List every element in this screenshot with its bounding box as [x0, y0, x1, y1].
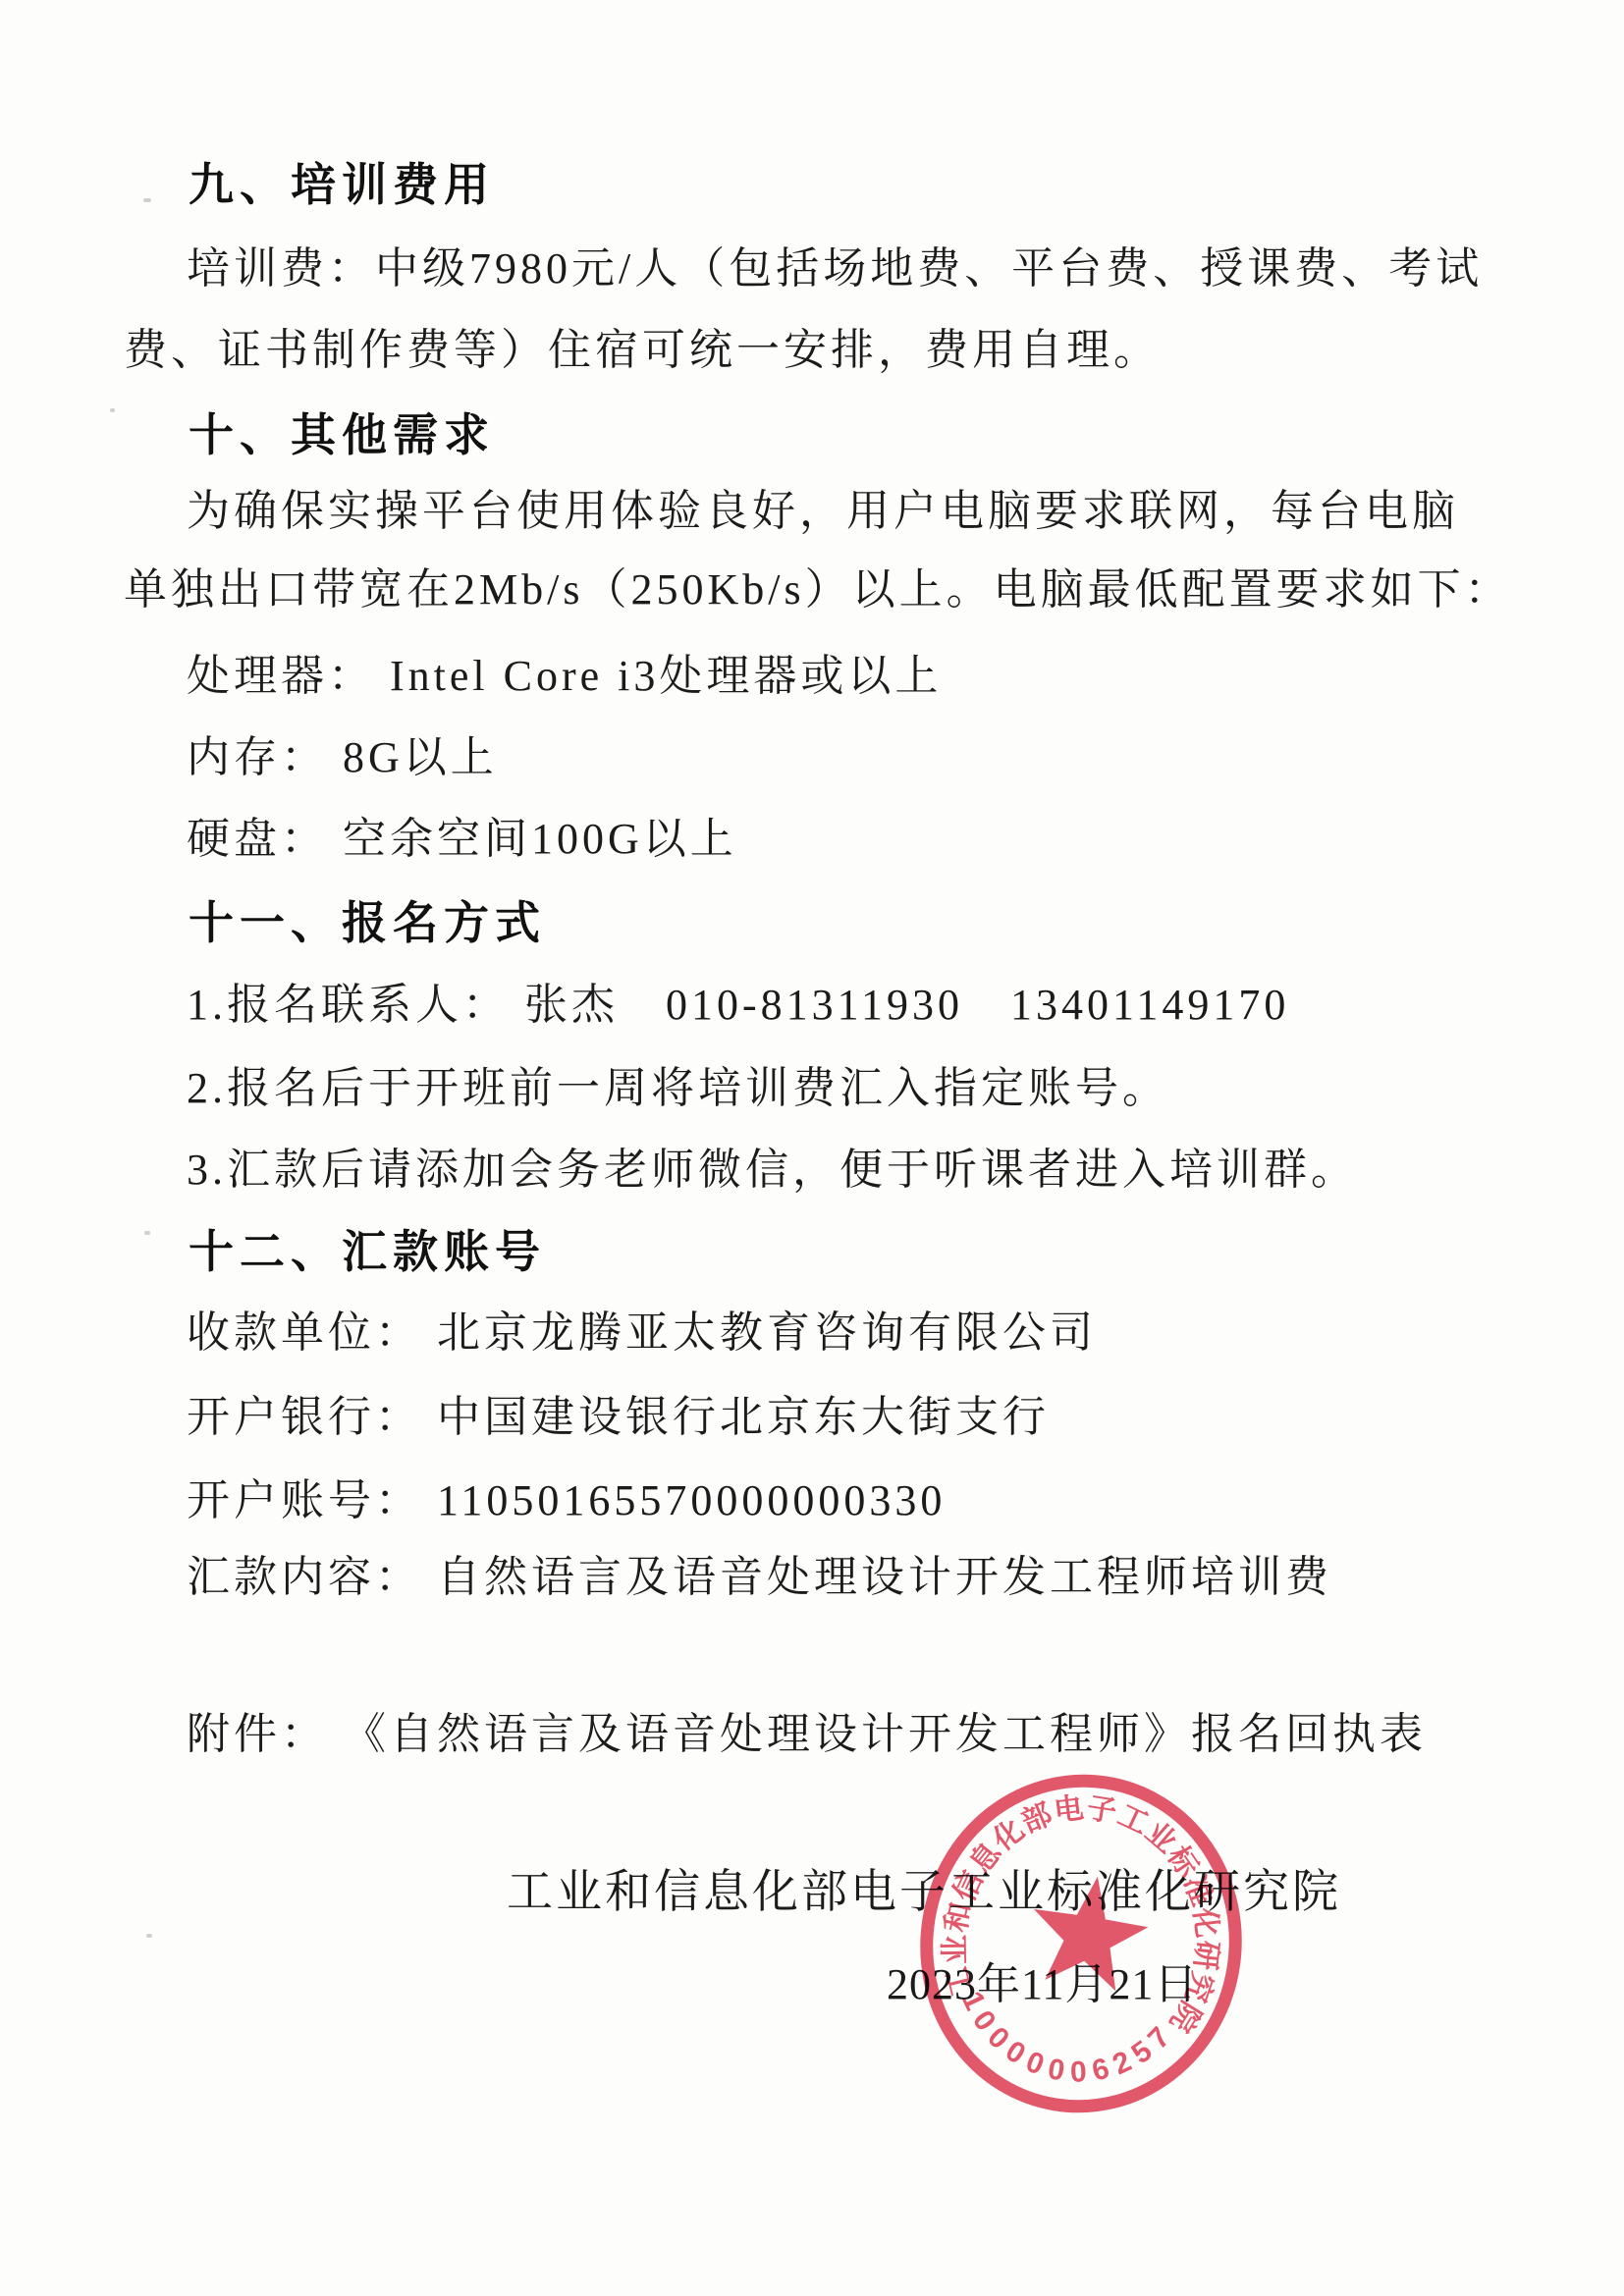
scan-artifact	[144, 1231, 150, 1235]
official-seal-graphic: 工业和信息化部电子工业标准化研究院 1100000062572	[885, 1747, 1277, 2140]
spec-cpu: 处理器： Intel Core i3处理器或以上	[187, 655, 942, 698]
section-heading-12: 十二、汇款账号	[189, 1229, 546, 1274]
scan-artifact	[110, 408, 115, 412]
spec-disk: 硬盘： 空余空间100G以上	[187, 818, 737, 861]
official-seal: 工业和信息化部电子工业标准化研究院 1100000062572	[885, 1747, 1277, 2140]
bank-name: 开户银行： 中国建设银行北京东大街支行	[187, 1396, 1050, 1439]
document-page: 九、培训费用 培训费：中级7980元/人（包括场地费、平台费、授课费、考试 费、…	[0, 0, 1624, 2296]
remittance-content: 汇款内容： 自然语言及语音处理设计开发工程师培训费	[187, 1556, 1332, 1599]
bank-account: 开户账号： 11050165570000000330	[187, 1479, 946, 1522]
section-heading-10: 十、其他需求	[189, 412, 495, 457]
register-step-2: 2.报名后于开班前一周将培训费汇入指定账号。	[187, 1067, 1169, 1110]
paragraph-req-1: 为确保实操平台使用体验良好，用户电脑要求联网，每台电脑	[187, 490, 1459, 533]
scan-artifact	[146, 1934, 152, 1938]
paragraph-fee-2: 费、证书制作费等）住宿可统一安排，费用自理。	[124, 329, 1161, 372]
paragraph-fee-1: 培训费：中级7980元/人（包括场地费、平台费、授课费、考试	[187, 247, 1483, 291]
section-heading-9: 九、培训费用	[189, 162, 495, 207]
section-heading-11: 十一、报名方式	[189, 900, 546, 945]
register-step-3: 3.汇款后请添加会务老师微信，便于听课者进入培训群。	[187, 1148, 1358, 1192]
seal-star	[1023, 1868, 1155, 1995]
paragraph-req-2: 单独出口带宽在2Mb/s（250Kb/s）以上。电脑最低配置要求如下：	[124, 568, 1512, 612]
scan-artifact	[143, 198, 151, 202]
payee-name: 收款单位： 北京龙腾亚太教育咨询有限公司	[187, 1311, 1097, 1355]
register-contact: 1.报名联系人： 张杰 010-81311930 13401149170	[187, 984, 1289, 1027]
spec-memory: 内存： 8G以上	[187, 736, 498, 779]
